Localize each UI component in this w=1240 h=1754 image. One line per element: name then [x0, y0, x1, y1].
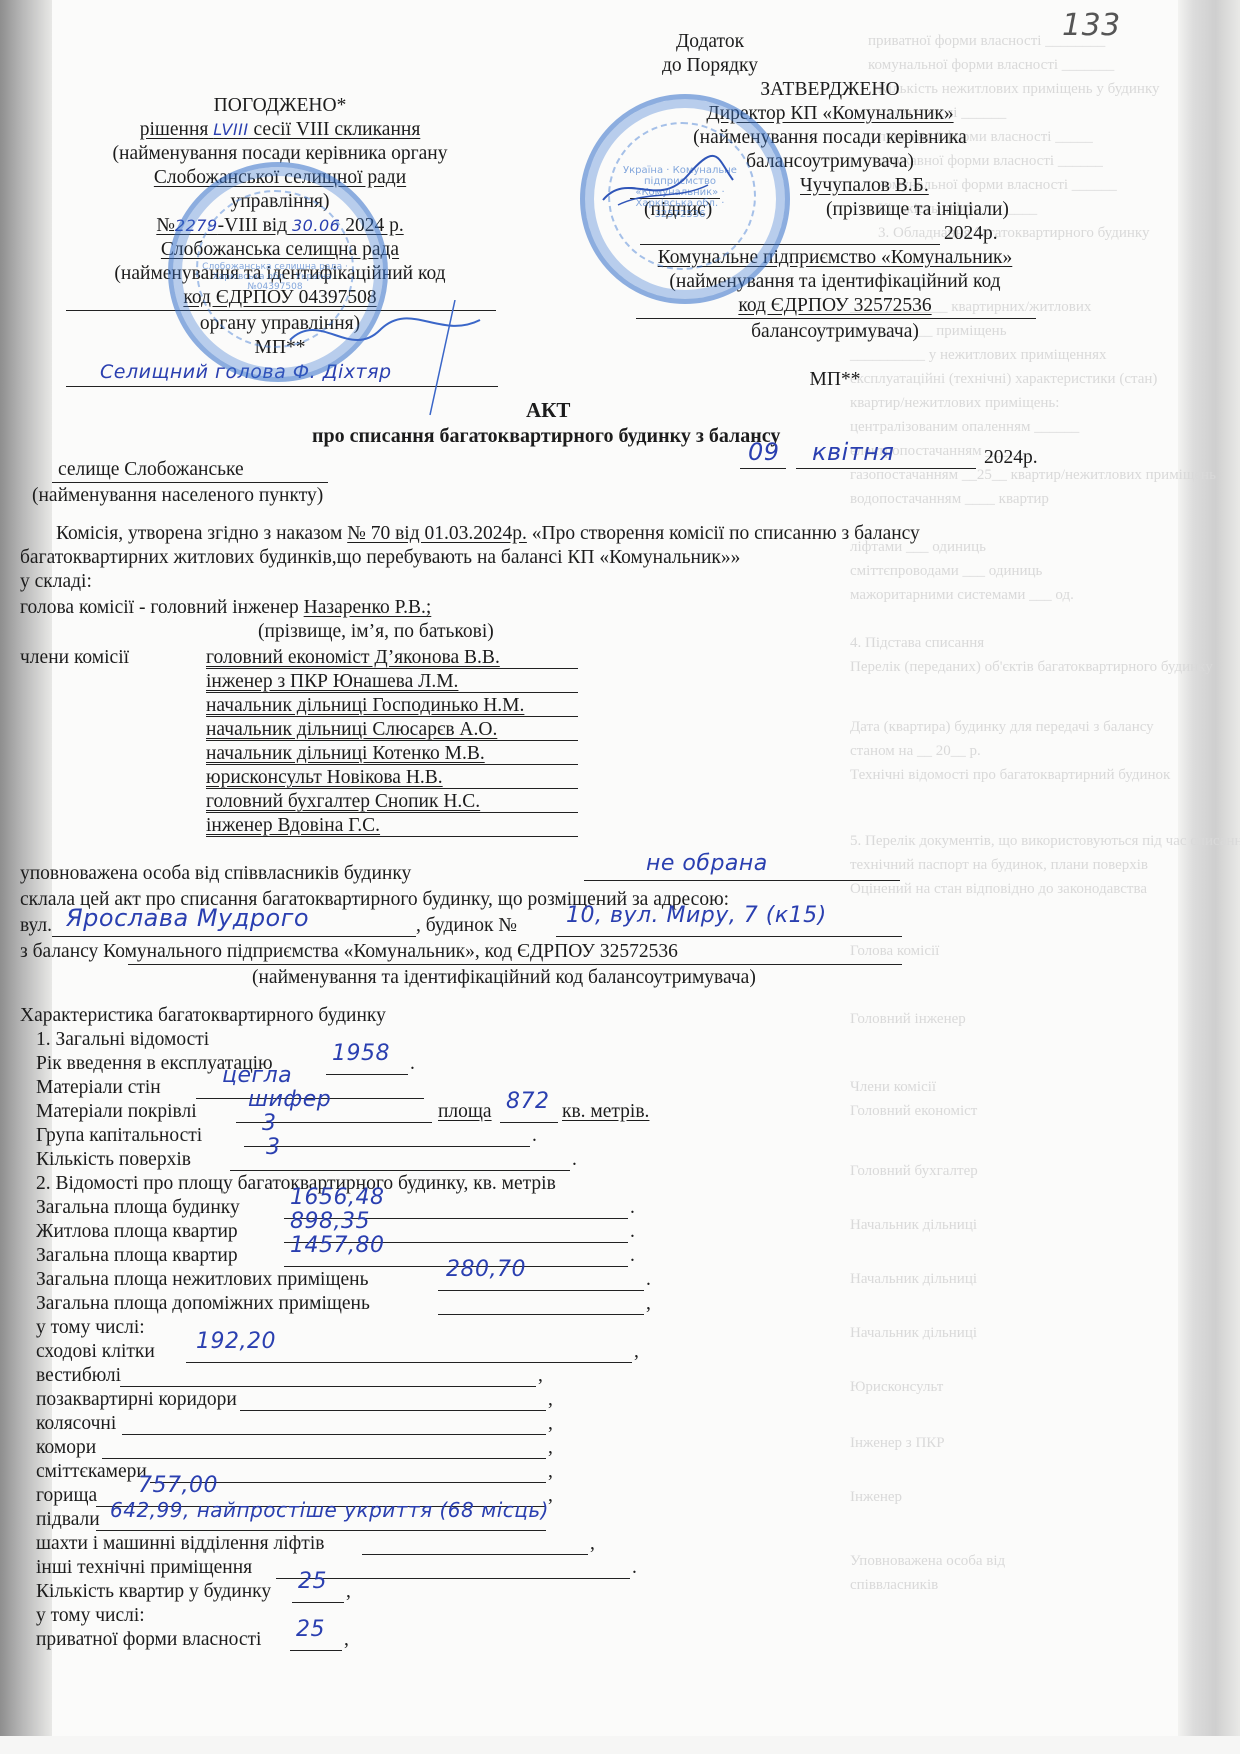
act-date-day: 09 [748, 440, 780, 464]
floors-end-dot: . [572, 1148, 577, 1172]
intro-line-1: Комісія, утворена згідно з наказом № 70 … [56, 522, 920, 546]
year-end-dot: . [410, 1052, 415, 1076]
aux-row-end: , [548, 1436, 553, 1460]
aux-row-end: , [548, 1460, 553, 1484]
settlement-caption: (найменування населеного пункту) [32, 484, 323, 508]
aux-row-label: колясочні [36, 1412, 116, 1436]
balance-caption: (найменування та ідентифікаційний код ба… [252, 966, 756, 990]
walls-value: цегла [222, 1064, 292, 1088]
name-caption: (прізвище та ініціали) [826, 198, 1009, 222]
director-seal-label: МП** [640, 368, 1030, 392]
aux-row-value: 757,00 [138, 1474, 218, 1498]
house-number: 10, вул. Миру, 7 (к15) [566, 904, 827, 928]
area-row-end: , [646, 1292, 651, 1316]
act-title: АКТ [526, 398, 570, 422]
annex-to-label: до Порядку [662, 54, 758, 78]
member-item: головний економіст Д’яконова В.В. [206, 646, 500, 670]
roof-value: шифер [248, 1088, 331, 1112]
area-row-label: Житлова площа квартир [36, 1220, 238, 1244]
council-seal-text: Слобожанська селищна рада · Харківська о… [200, 262, 350, 292]
aux-row-end: , [590, 1532, 595, 1556]
aux-row-label: сходові клітки [36, 1340, 155, 1364]
aux-row-end: , [548, 1388, 553, 1412]
area-row-value: 1457,80 [290, 1234, 384, 1258]
council-signature-scribble-icon [280, 300, 510, 420]
aux-row-label: вестибюлі [36, 1364, 121, 1388]
authorized-person-label: уповноважена особа від співвласників буд… [20, 862, 411, 886]
member-item: юрисконсульт Новікова Н.В. [206, 766, 443, 790]
page-number: 133 [1062, 14, 1121, 38]
intro-line-3: у складі: [20, 570, 92, 594]
area-row-label: Загальна площа квартир [36, 1244, 238, 1268]
private-ownership-label: приватної форми власності [36, 1628, 261, 1652]
floors-label: Кількість поверхів [36, 1148, 191, 1172]
aux-row-label: позаквартирні коридори [36, 1388, 237, 1412]
roof-area-label: площа [438, 1100, 492, 1124]
floors-value: 3 [266, 1136, 281, 1160]
authorized-person-value: не обрана [646, 852, 768, 876]
director-name: Чучупалов В.Б. [800, 174, 929, 198]
walls-label: Матеріали стін [36, 1076, 161, 1100]
order-reference: № 70 від 01.03.2024р. [347, 523, 527, 544]
holder-caption-2: балансоутримувача) [640, 320, 1030, 344]
aux-row-end: , [548, 1412, 553, 1436]
area-row-value: 1656,48 [290, 1186, 384, 1210]
capital-group-end-dot: . [532, 1124, 537, 1148]
house-label: , будинок № [416, 914, 517, 938]
act-date-month: квітня [812, 440, 894, 464]
aux-row-label: горища [36, 1484, 97, 1508]
private-ownership-end-comma: , [344, 1628, 349, 1652]
act-subtitle: про списання багатоквартирного будинку з… [312, 424, 780, 448]
including-label: у тому числі: [36, 1316, 145, 1340]
apartments-end-comma: , [346, 1580, 351, 1604]
area-row-label: Загальна площа нежитлових приміщень [36, 1268, 368, 1292]
member-item: інженер Вдовіна Г.С. [206, 814, 380, 838]
members-label: члени комісії [20, 646, 129, 670]
aux-row-end: , [538, 1364, 543, 1388]
director-year: 2024р. [944, 222, 998, 246]
street-name: Ярослава Мудрого [66, 906, 309, 930]
aux-row-end: , [634, 1340, 639, 1364]
area-row-end: . [646, 1268, 651, 1292]
aux-row-label: підвали [36, 1508, 100, 1532]
member-item: головний бухгалтер Снопик Н.С. [206, 790, 480, 814]
area-row-value: 280,70 [446, 1258, 526, 1282]
aux-row-label: сміттєкамери [36, 1460, 147, 1484]
capital-group-value: 3 [262, 1112, 277, 1136]
decision-session-handwritten: LVIII [213, 120, 248, 139]
apartments-label: Кількість квартир у будинку [36, 1580, 271, 1604]
aux-row-label: комори [36, 1436, 96, 1460]
chair-name: Назаренко Р.В.; [304, 597, 432, 618]
roof-label: Матеріали покрівлі [36, 1100, 197, 1124]
intro-line-2: багатоквартирних житлових будинків,що пе… [20, 546, 740, 570]
aux-row-label: шахти і машинні відділення ліфтів [36, 1532, 324, 1556]
aux-row-value: 642,99, найпростіше укриття (68 місць) [110, 1498, 549, 1522]
capital-group-label: Група капітальності [36, 1124, 202, 1148]
area-row-value: 898,35 [290, 1210, 370, 1234]
member-item: інженер з ПКР Юнашева Л.М. [206, 670, 458, 694]
area-row-end: . [630, 1220, 635, 1244]
area-row-end: . [630, 1196, 635, 1220]
private-ownership-value: 25 [296, 1618, 325, 1642]
apartments-value: 25 [298, 1570, 327, 1594]
aux-row-value: 192,20 [196, 1330, 276, 1354]
roof-area-value: 872 [506, 1090, 550, 1114]
apartments-including-label: у тому числі: [36, 1604, 145, 1628]
year-value: 1958 [332, 1042, 390, 1066]
chair-caption: (прізвище, ім’я, по батькові) [258, 620, 494, 644]
street-prefix: вул. [20, 914, 52, 938]
scan-bottom-edge [0, 1736, 1240, 1754]
aux-row-end: . [632, 1556, 637, 1580]
commission-chair: голова комісії - головний інженер Назаре… [20, 596, 431, 620]
characteristics-heading: Характеристика багатоквартирного будинку [20, 1004, 386, 1028]
scan-right-edge [1178, 0, 1240, 1754]
area-row-label: Загальна площа допоміжних приміщень [36, 1292, 370, 1316]
section-1-heading: 1. Загальні відомості [36, 1028, 209, 1052]
annex-label: Додаток [676, 30, 744, 54]
act-date-year: 2024р. [984, 446, 1038, 470]
roof-area-unit: кв. метрів. [562, 1100, 649, 1124]
member-item: начальник дільниці Слюсарєв А.О. [206, 718, 497, 742]
area-row-label: Загальна площа будинку [36, 1196, 240, 1220]
director-signature-scribble-icon [598, 150, 738, 220]
member-item: начальник дільниці Господинько Н.М. [206, 694, 524, 718]
aux-row-label: інші технічні приміщення [36, 1556, 252, 1580]
decision-line: рішення LVIII сесії VIII скликання [90, 118, 470, 142]
balance-line: з балансу Комунального підприємства «Ком… [20, 940, 678, 964]
approved-title: ПОГОДЖЕНО* [90, 94, 470, 118]
area-row-end: . [630, 1244, 635, 1268]
member-item: начальник дільниці Котенко М.В. [206, 742, 485, 766]
settlement-name: селище Слобожанське [58, 458, 244, 482]
